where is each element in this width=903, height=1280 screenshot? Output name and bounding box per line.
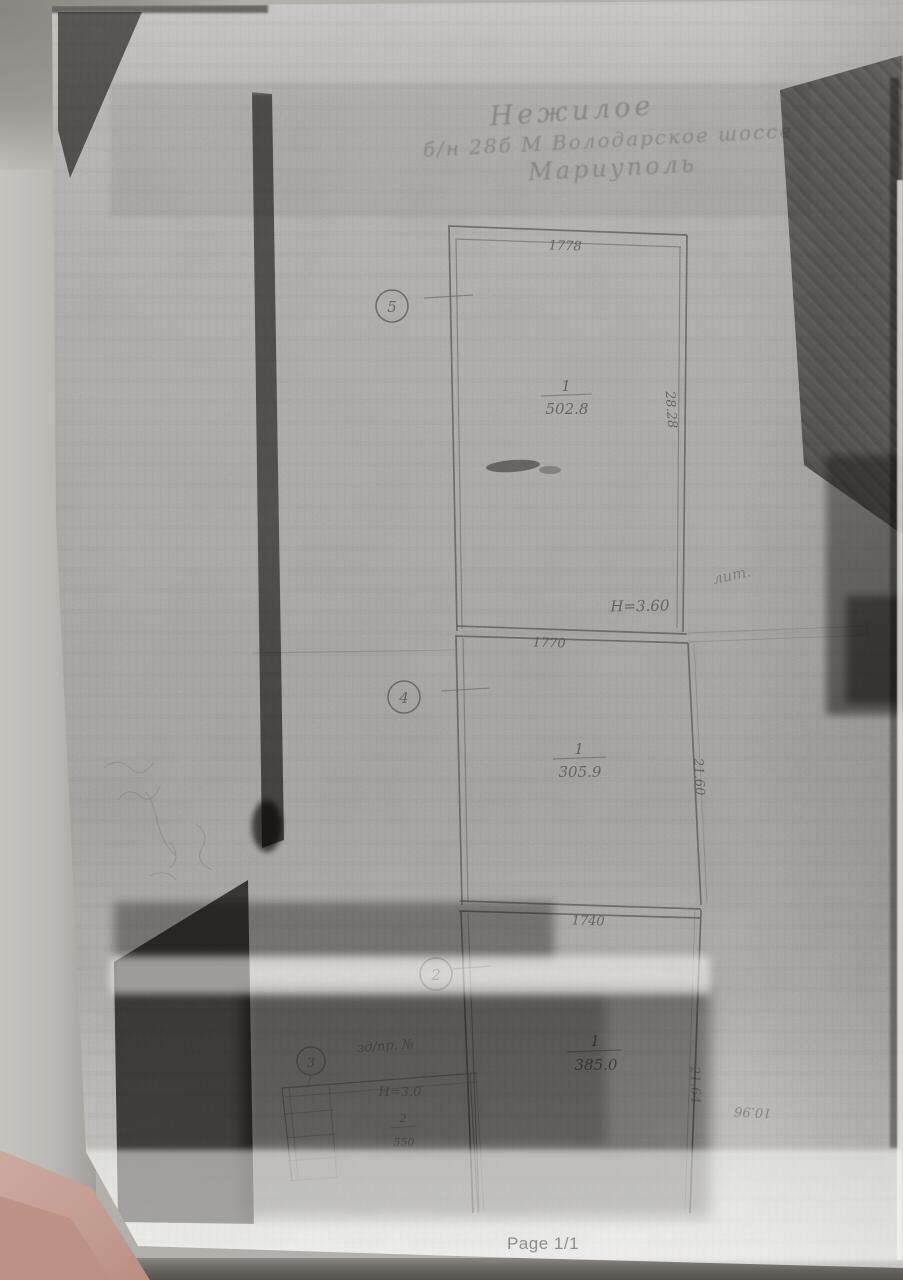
- dim-10-96: 10.96: [734, 1103, 772, 1120]
- marker-4-label: 4: [398, 689, 409, 707]
- dim-28-28: 28.28: [662, 390, 680, 429]
- room-1a-number: 1: [561, 377, 571, 395]
- room-1b-area: 305.9: [559, 763, 602, 781]
- room-1a-area: 502.8: [546, 400, 589, 418]
- illegible-margin-scribbles: [104, 762, 212, 880]
- wall-right-inner-top: [677, 247, 680, 628]
- dim-21-60: 21.60: [690, 757, 707, 796]
- wall-left-outer-top: [449, 227, 457, 631]
- page-footer-label: Page 1/1: [478, 1234, 608, 1254]
- dim-1770: 1770: [532, 635, 566, 651]
- room-1b-number: 1: [574, 740, 584, 758]
- ink-smudge-small: [539, 466, 561, 474]
- reference-line-left: [252, 650, 455, 653]
- tick-marker-4: [441, 688, 490, 691]
- paper-right-edge-highlight: [897, 180, 903, 1260]
- artifact-dark-band-mid: [114, 902, 554, 960]
- wall-right-outer-top: [683, 235, 687, 632]
- marker-5-label: 5: [387, 298, 397, 316]
- artifact-top-line: [48, 5, 268, 13]
- dim-1740: 1740: [571, 913, 605, 929]
- lit-handwritten-note: лит.: [711, 562, 752, 588]
- height-note-h360: H=3.60: [609, 596, 670, 615]
- artifact-dark-band-bottom-core: [246, 996, 606, 1146]
- tick-marker-5: [424, 295, 473, 298]
- photo-of-scanned-floor-plan: { "photo": { "footer_label": "Page 1/1" …: [0, 0, 903, 1280]
- scanned-paper-sheet: 5 1778 1 502.8 28.28 H=3.60 1770 4 1 305…: [0, 0, 903, 1280]
- wall-left-inner-top: [456, 240, 462, 629]
- dim-1778: 1778: [548, 238, 582, 254]
- wall-mid-lower: [455, 636, 688, 643]
- wall-top-outer: [448, 226, 687, 235]
- wall-left-outer-mid: [456, 637, 462, 905]
- artifact-light-streak: [110, 956, 710, 994]
- ink-smudge: [486, 458, 541, 474]
- wall-left-inner-mid: [463, 638, 468, 903]
- artifact-streak-blob: [252, 800, 282, 852]
- wall-mid-upper: [456, 626, 687, 634]
